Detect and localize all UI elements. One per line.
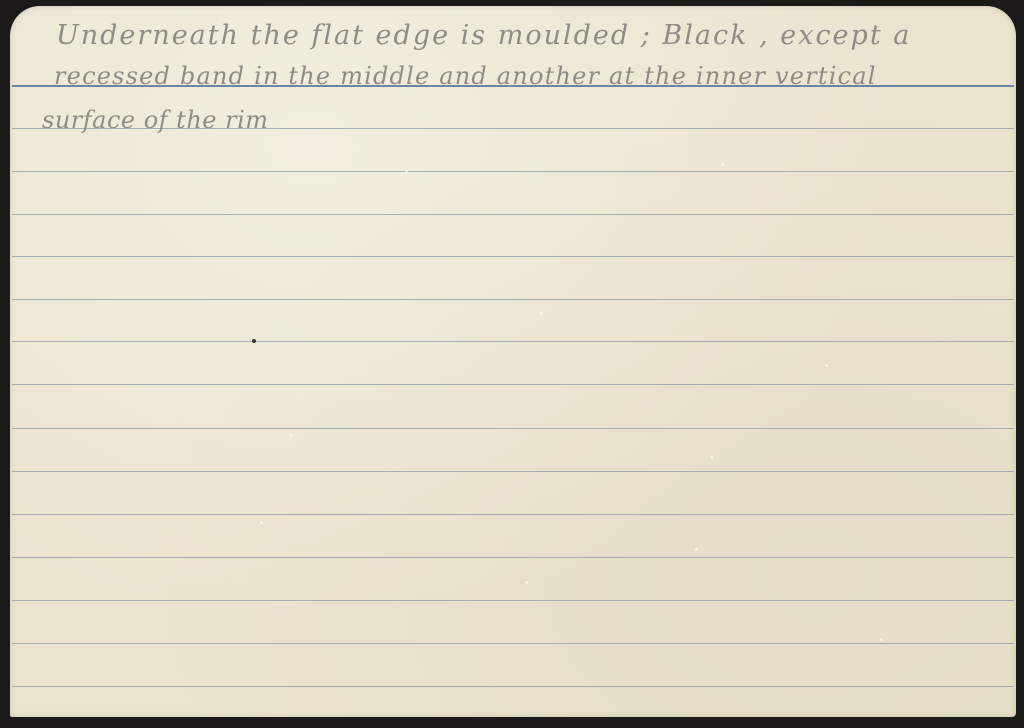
ruled-line bbox=[12, 341, 1014, 342]
ruled-line bbox=[12, 214, 1014, 215]
handwriting-line-1: Underneath the flat edge is moulded ; Bl… bbox=[56, 22, 911, 49]
ruled-line bbox=[12, 686, 1014, 687]
paper-speck bbox=[405, 170, 408, 173]
ruled-line bbox=[12, 171, 1014, 172]
handwriting-line-3: surface of the rim bbox=[42, 108, 269, 132]
ruled-line bbox=[12, 384, 1014, 385]
ruled-line bbox=[12, 600, 1014, 601]
paper-speck bbox=[695, 548, 698, 551]
paper-speck bbox=[880, 638, 883, 641]
ruled-line bbox=[12, 299, 1014, 300]
ruled-line bbox=[12, 471, 1014, 472]
ruled-line bbox=[12, 428, 1014, 429]
paper-speck bbox=[825, 364, 828, 367]
handwriting-line-2: recessed band in the middle and another … bbox=[54, 64, 877, 88]
paper-speck bbox=[290, 434, 293, 437]
paper-speck bbox=[710, 456, 713, 459]
ruled-line bbox=[12, 514, 1014, 515]
ruled-line bbox=[12, 557, 1014, 558]
paper-speck bbox=[260, 521, 263, 524]
paper-speck bbox=[540, 312, 543, 315]
paper-speck bbox=[525, 581, 528, 584]
index-card: Underneath the flat edge is moulded ; Bl… bbox=[10, 6, 1016, 717]
ink-dot bbox=[252, 339, 256, 343]
ruled-line bbox=[12, 256, 1014, 257]
paper-speck bbox=[721, 163, 724, 166]
ruled-line bbox=[12, 643, 1014, 644]
